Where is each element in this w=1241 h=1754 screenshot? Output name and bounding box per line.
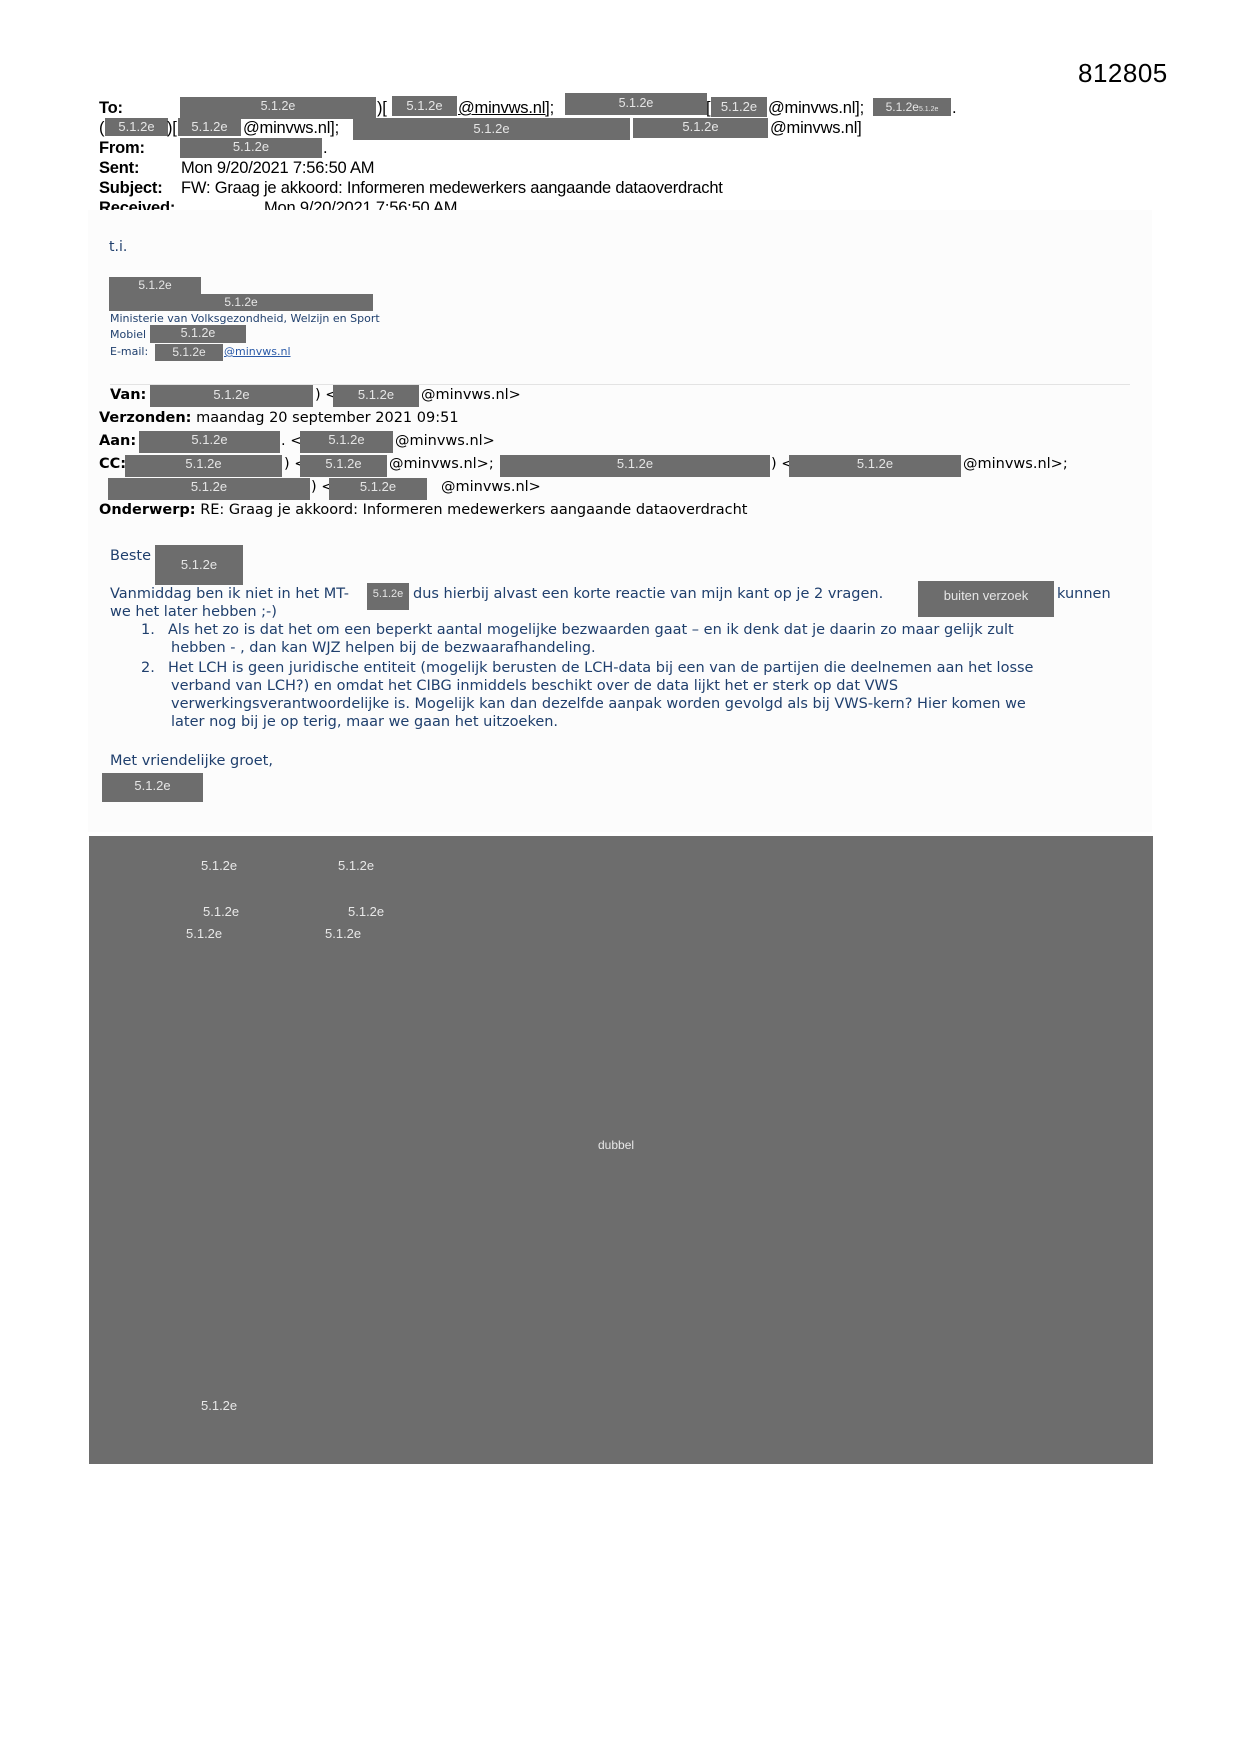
redaction: 5.1.2e — [178, 118, 241, 136]
onderwerp-label: Onderwerp: — [99, 502, 196, 518]
redaction: 5.1.2e — [633, 118, 768, 138]
signature-email-link[interactable]: @minvws.nl — [224, 345, 291, 358]
from-label-text: From: — [99, 139, 145, 157]
cc-label: CC: — [99, 456, 126, 472]
redaction: 5.1.2e — [392, 96, 457, 116]
redaction: 5.1.2e — [180, 97, 376, 119]
redaction: 5.1.2e — [109, 294, 373, 311]
redaction-code: 5.1.2e — [201, 858, 237, 873]
redaction: 5.1.2e — [180, 138, 322, 158]
redaction: 5.1.2e — [565, 93, 707, 115]
redaction: 5.1.2e — [150, 385, 313, 407]
sent-value: Mon 9/20/2021 7:56:50 AM — [181, 158, 374, 178]
redaction-code: 5.1.2e — [203, 904, 239, 919]
document-number: 812805 — [1078, 58, 1168, 89]
onderwerp-value: RE: Graag je akkoord: Informeren medewer… — [200, 502, 747, 518]
van-label-text: Van: — [110, 387, 146, 403]
onderwerp-row: Onderwerp: RE: Graag je akkoord: Informe… — [99, 502, 747, 518]
redaction: 5.1.2e — [155, 545, 243, 585]
redaction: 5.1.2e — [711, 97, 767, 117]
signature-email-label: E-mail: — [110, 345, 148, 358]
redaction: 5.1.2e — [102, 773, 203, 802]
aan-label: Aan: — [99, 433, 136, 449]
verzonden-label: Verzonden: — [99, 410, 191, 426]
redaction-code: 5.1.2e — [325, 926, 361, 941]
closing: Met vriendelijke groet, — [110, 753, 273, 769]
van-label: Van: — [110, 387, 146, 403]
forward-note: t.i. — [109, 239, 127, 255]
to-email: @minvws.nl]; — [768, 98, 864, 118]
list-item-number: 2. — [141, 660, 155, 676]
to-email: @minvws.nl]; — [243, 118, 339, 138]
intro-text: dus hierbij alvast een korte reactie van… — [413, 586, 883, 602]
to-text: . — [952, 98, 956, 118]
list-item-line: later nog bij je op terig, maar we gaan … — [171, 714, 558, 730]
redaction: 5.1.2e — [333, 385, 419, 407]
to-email: @minvws.nl]; — [458, 98, 554, 118]
redaction-code-small: 5.1.2e — [919, 106, 938, 113]
to-email: @minvws.nl] — [770, 118, 862, 138]
redaction: 5.1.2e5.1.2e — [873, 98, 951, 116]
redaction-code: 5.1.2e — [186, 926, 222, 941]
redaction-outside-request: buiten verzoek — [918, 581, 1054, 617]
list-item-number: 1. — [141, 622, 155, 638]
redaction: 5.1.2e — [109, 277, 201, 294]
intro-text: kunnen — [1057, 586, 1111, 602]
signature-mobile-label: Mobiel — [110, 328, 146, 341]
redaction: 5.1.2e — [105, 118, 168, 136]
list-item-line: hebben - , dan kan WJZ helpen bij de bez… — [171, 640, 596, 656]
redaction: 5.1.2e — [329, 478, 427, 500]
redaction-code: 5.1.2e — [886, 100, 919, 114]
van-email: @minvws.nl> — [421, 387, 521, 403]
subject-row: Subject: — [99, 178, 163, 198]
to-text: [ — [706, 98, 710, 118]
to-text: )[ — [377, 98, 387, 118]
redaction-code: 5.1.2e — [348, 904, 384, 919]
subject-label: Subject: — [99, 179, 163, 197]
to-label: To: — [99, 99, 123, 117]
aan-email: @minvws.nl> — [395, 433, 495, 449]
redaction-code: 5.1.2e — [338, 858, 374, 873]
redaction: 5.1.2e — [300, 431, 393, 453]
redaction: 5.1.2e — [108, 478, 310, 500]
intro-text: we het later hebben ;-) — [110, 604, 277, 620]
sent-row: Sent: — [99, 158, 139, 178]
sent-label: Sent: — [99, 159, 139, 177]
from-suffix: . — [323, 138, 327, 158]
from-label: From: — [99, 138, 145, 158]
redacted-block: 5.1.2e 5.1.2e 5.1.2e 5.1.2e 5.1.2e 5.1.2… — [89, 836, 1153, 1464]
cc-email: @minvws.nl>; — [389, 456, 494, 472]
cc-email: @minvws.nl> — [441, 479, 541, 495]
list-item-line: verwerkingsverantwoordelijke is. Mogelij… — [171, 696, 1026, 712]
list-item-line: Het LCH is geen juridische entiteit (mog… — [168, 660, 1033, 676]
to-row: To: — [99, 98, 123, 118]
redaction: 5.1.2e — [150, 325, 246, 343]
list-item-line: verband van LCH?) en omdat het CIBG inmi… — [171, 678, 898, 694]
redaction: 5.1.2e — [500, 455, 770, 477]
cc-email: @minvws.nl>; — [963, 456, 1068, 472]
redaction-duplicate: dubbel — [598, 1138, 634, 1152]
greeting: Beste — [110, 548, 151, 564]
redaction: 5.1.2e — [125, 455, 282, 477]
verzonden-row: Verzonden: maandag 20 september 2021 09:… — [99, 410, 459, 426]
redaction-code: 5.1.2e — [201, 1398, 237, 1413]
to-text: ( — [99, 118, 104, 138]
cc-label-text: CC: — [99, 456, 126, 472]
signature-organization: Ministerie van Volksgezondheid, Welzijn … — [110, 312, 380, 325]
verzonden-value: maandag 20 september 2021 09:51 — [196, 410, 458, 426]
aan-label-text: Aan: — [99, 433, 136, 449]
redaction: 5.1.2e — [139, 431, 280, 453]
redaction: 5.1.2e — [789, 455, 961, 477]
redaction: 5.1.2e — [155, 344, 223, 361]
redaction: 5.1.2e — [300, 455, 387, 477]
subject-value: FW: Graag je akkoord: Informeren medewer… — [181, 178, 723, 198]
list-item-line: Als het zo is dat het om een beperkt aan… — [168, 622, 1014, 638]
redaction: 5.1.2e — [353, 118, 630, 140]
redaction: 5.1.2e — [367, 583, 409, 610]
intro-text: Vanmiddag ben ik niet in het MT- — [110, 586, 349, 602]
to-text: )[ — [167, 118, 177, 138]
